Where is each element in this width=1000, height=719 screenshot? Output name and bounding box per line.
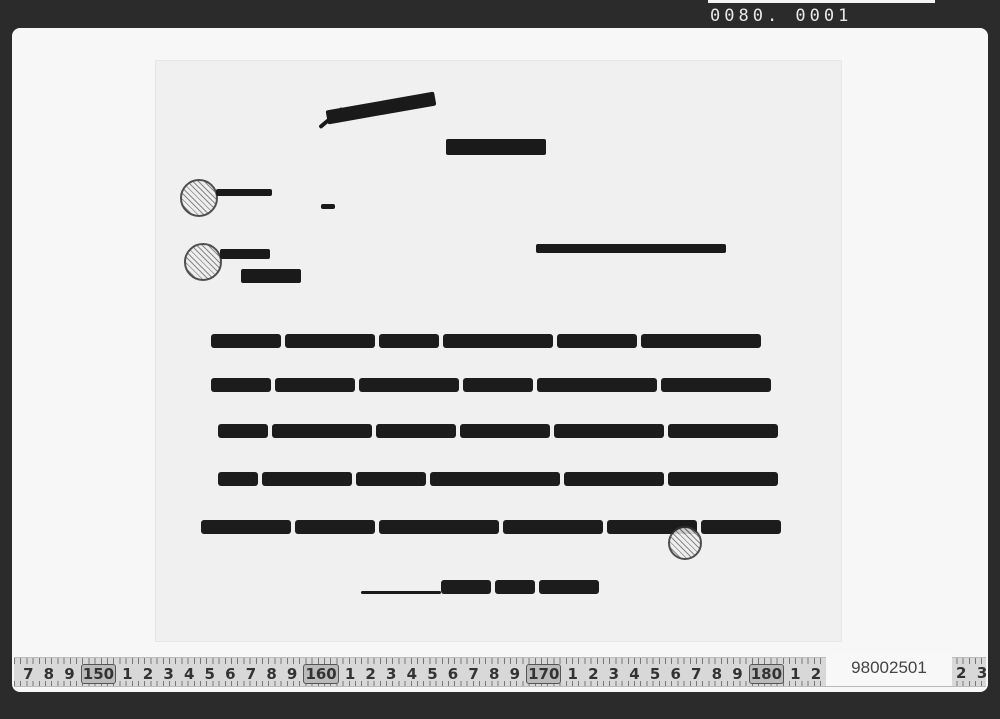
name-stroke xyxy=(321,204,335,209)
seal-stamp-icon xyxy=(184,243,222,281)
body-line-4 xyxy=(218,471,783,485)
seal-stamp-icon xyxy=(180,179,218,217)
recipient-stroke xyxy=(446,139,546,155)
name-stroke xyxy=(241,269,301,283)
ruler-numbers: 7891501234567891601234567891701234567891… xyxy=(18,664,909,684)
catalog-id-label: 98002501 xyxy=(826,654,952,686)
frame-number: 0080. 0001 xyxy=(710,6,852,26)
body-line-3 xyxy=(218,423,783,437)
ruler-tail-numbers: 2 3 xyxy=(956,664,987,682)
body-line-5 xyxy=(201,519,786,533)
body-line-1 xyxy=(211,333,786,347)
body-line-2 xyxy=(211,377,786,391)
document-paper xyxy=(155,60,842,642)
top-label-strip xyxy=(708,0,935,3)
seal-stamp-icon xyxy=(668,526,702,560)
name-stroke xyxy=(220,249,270,259)
name-stroke xyxy=(216,189,272,196)
closing-line xyxy=(441,579,631,593)
date-stroke xyxy=(536,244,726,253)
closing-stroke xyxy=(361,591,441,594)
